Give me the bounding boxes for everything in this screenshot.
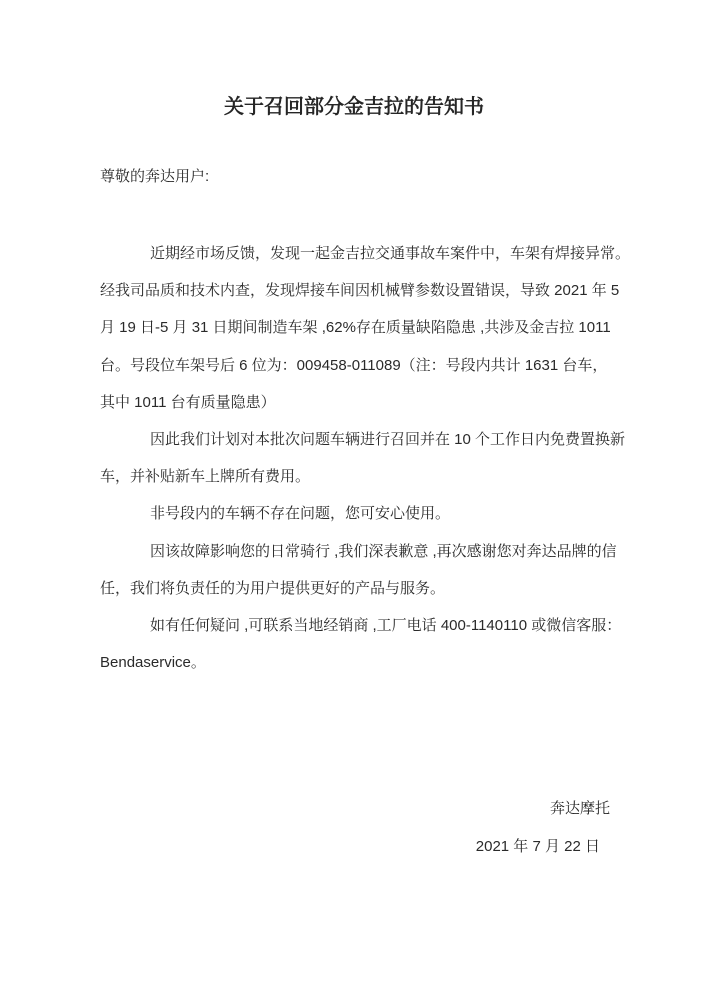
paragraph-1-line-4: 台。号段位车架号后 6 位为：009458-011089（注：号段内共计 163… [100, 347, 610, 384]
paragraph-1-line-2: 经我司品质和技术内查，发现焊接车间因机械臂参数设置错误，导致 2021 年 5 [100, 272, 610, 309]
paragraph-5-line-2: Bendaservice。 [100, 644, 610, 681]
paragraph-3-line-1: 非号段内的车辆不存在问题，您可安心使用。 [100, 495, 610, 532]
document-title: 关于召回部分金吉拉的告知书 [0, 94, 708, 120]
salutation: 尊敬的奔达用户: [100, 167, 708, 187]
paragraph-4-line-1: 因该故障影响您的日常骑行 ,我们深表歉意 ,再次感谢您对奔达品牌的信 [100, 533, 610, 570]
document-body: 近期经市场反馈，发现一起金吉拉交通事故车案件中，车架有焊接异常。 经我司品质和技… [100, 235, 610, 681]
paragraph-5-line-1: 如有任何疑问 ,可联系当地经销商 ,工厂电话 400-1140110 或微信客服… [100, 607, 610, 644]
paragraph-1-line-1: 近期经市场反馈，发现一起金吉拉交通事故车案件中，车架有焊接异常。 [100, 235, 610, 272]
paragraph-1-line-3: 月 19 日-5 月 31 日期间制造车架 ,62%存在质量缺陷隐患 ,共涉及金… [100, 309, 610, 346]
signature: 奔达摩托 [0, 790, 610, 827]
paragraph-2-line-2: 车，并补贴新车上牌所有费用。 [100, 458, 610, 495]
paragraph-2-line-1: 因此我们计划对本批次问题车辆进行召回并在 10 个工作日内免费置换新 [100, 421, 610, 458]
recall-notice-page: 关于召回部分金吉拉的告知书 尊敬的奔达用户: 近期经市场反馈，发现一起金吉拉交通… [0, 0, 708, 1000]
paragraph-1-line-5: 其中 1011 台有质量隐患） [100, 384, 610, 421]
paragraph-4-line-2: 任，我们将负责任的为用户提供更好的产品与服务。 [100, 570, 610, 607]
date: 2021 年 7 月 22 日 [0, 828, 600, 865]
